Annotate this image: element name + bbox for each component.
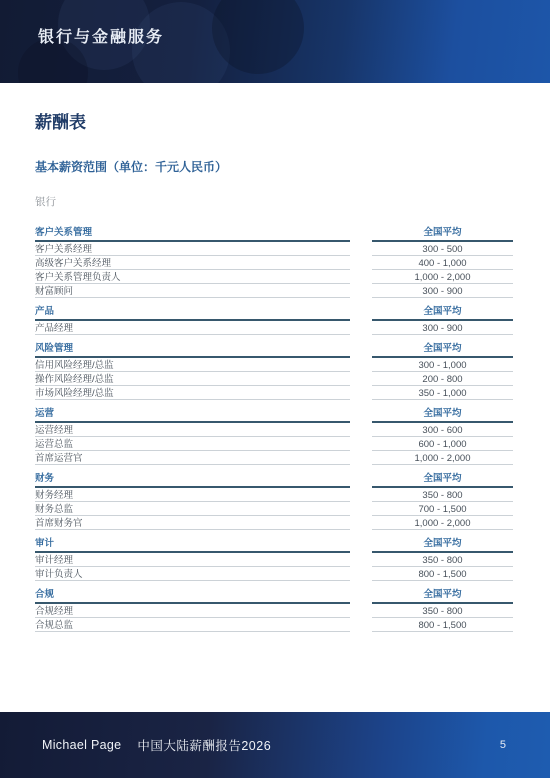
range-cell: 600 - 1,000 [372,437,513,451]
salary-section: 运营 全国平均 运营经理 300 - 600 运营总监 600 - 1,000 … [35,408,513,465]
table-row: 信用风险经理/总监 300 - 1,000 [35,358,513,372]
table-row: 首席财务官 1,000 - 2,000 [35,516,513,530]
salary-section: 审计 全国平均 审计经理 350 - 800 审计负责人 800 - 1,500 [35,538,513,581]
salary-section: 合规 全国平均 合规经理 350 - 800 合规总监 800 - 1,500 [35,589,513,632]
table-row: 合规经理 350 - 800 [35,604,513,618]
table-row: 市场风险经理/总监 350 - 1,000 [35,386,513,400]
range-cell: 300 - 900 [372,321,513,335]
bottom-banner: Michael Page 中国大陆薪酬报告2026 5 [0,712,550,778]
section-header-row: 产品 全国平均 [35,306,513,321]
role-cell: 审计经理 [35,553,350,567]
range-cell: 300 - 900 [372,284,513,298]
role-cell: 市场风险经理/总监 [35,386,350,400]
section-header-row: 财务 全国平均 [35,473,513,488]
role-cell: 审计负责人 [35,567,350,581]
table-row: 首席运营官 1,000 - 2,000 [35,451,513,465]
range-cell: 350 - 800 [372,488,513,502]
range-cell: 1,000 - 2,000 [372,270,513,284]
role-cell: 操作风险经理/总监 [35,372,350,386]
range-cell: 350 - 1,000 [372,386,513,400]
top-banner: 银行与金融服务 [0,0,550,83]
national-average-label: 全国平均 [372,538,513,553]
role-cell: 财务经理 [35,488,350,502]
range-cell: 400 - 1,000 [372,256,513,270]
section-header-row: 客户关系管理 全国平均 [35,227,513,242]
role-cell: 首席运营官 [35,451,350,465]
national-average-label: 全国平均 [372,343,513,358]
range-cell: 700 - 1,500 [372,502,513,516]
range-cell: 350 - 800 [372,553,513,567]
salary-section: 客户关系管理 全国平均 客户关系经理 300 - 500 高级客户关系经理 40… [35,227,513,298]
section-title: 运营 [35,408,350,423]
table-row: 运营总监 600 - 1,000 [35,437,513,451]
section-rows: 产品经理 300 - 900 [35,321,513,335]
table-row: 审计负责人 800 - 1,500 [35,567,513,581]
section-rows: 运营经理 300 - 600 运营总监 600 - 1,000 首席运营官 1,… [35,423,513,465]
role-cell: 客户关系管理负责人 [35,270,350,284]
national-average-label: 全国平均 [372,473,513,488]
table-row: 财务经理 350 - 800 [35,488,513,502]
section-title: 审计 [35,538,350,553]
category-label: 银行 [35,196,513,208]
role-cell: 合规总监 [35,618,350,632]
section-header-row: 风险管理 全国平均 [35,343,513,358]
section-header-row: 合规 全国平均 [35,589,513,604]
page-body: 薪酬表 基本薪资范围（单位：千元人民币） 银行 客户关系管理 全国平均 客户关系… [35,83,513,640]
range-cell: 800 - 1,500 [372,618,513,632]
range-cell: 1,000 - 2,000 [372,451,513,465]
table-row: 客户关系管理负责人 1,000 - 2,000 [35,270,513,284]
salary-range-subtitle: 基本薪资范围（单位：千元人民币） [35,160,513,174]
role-cell: 信用风险经理/总监 [35,358,350,372]
table-row: 财富顾问 300 - 900 [35,284,513,298]
role-cell: 客户关系经理 [35,242,350,256]
range-cell: 300 - 600 [372,423,513,437]
chapter-title: 银行与金融服务 [38,24,164,47]
section-rows: 财务经理 350 - 800 财务总监 700 - 1,500 首席财务官 1,… [35,488,513,530]
section-title: 客户关系管理 [35,227,350,242]
national-average-label: 全国平均 [372,306,513,321]
brand-name: Michael Page [42,738,121,752]
role-cell: 运营经理 [35,423,350,437]
range-cell: 800 - 1,500 [372,567,513,581]
national-average-label: 全国平均 [372,408,513,423]
range-cell: 300 - 500 [372,242,513,256]
section-title: 产品 [35,306,350,321]
national-average-label: 全国平均 [372,589,513,604]
table-row: 高级客户关系经理 400 - 1,000 [35,256,513,270]
section-rows: 客户关系经理 300 - 500 高级客户关系经理 400 - 1,000 客户… [35,242,513,298]
role-cell: 财富顾问 [35,284,350,298]
footer-content: Michael Page 中国大陆薪酬报告2026 5 [0,736,550,754]
salary-sections: 客户关系管理 全国平均 客户关系经理 300 - 500 高级客户关系经理 40… [35,227,513,632]
table-row: 审计经理 350 - 800 [35,553,513,567]
salary-section: 财务 全国平均 财务经理 350 - 800 财务总监 700 - 1,500 … [35,473,513,530]
national-average-label: 全国平均 [372,227,513,242]
range-cell: 200 - 800 [372,372,513,386]
role-cell: 首席财务官 [35,516,350,530]
page-title: 薪酬表 [35,113,513,133]
table-row: 客户关系经理 300 - 500 [35,242,513,256]
range-cell: 350 - 800 [372,604,513,618]
table-row: 操作风险经理/总监 200 - 800 [35,372,513,386]
table-row: 产品经理 300 - 900 [35,321,513,335]
range-cell: 300 - 1,000 [372,358,513,372]
section-header-row: 运营 全国平均 [35,408,513,423]
salary-section: 产品 全国平均 产品经理 300 - 900 [35,306,513,335]
section-rows: 信用风险经理/总监 300 - 1,000 操作风险经理/总监 200 - 80… [35,358,513,400]
section-title: 合规 [35,589,350,604]
table-row: 合规总监 800 - 1,500 [35,618,513,632]
page-number: 5 [500,739,506,751]
section-rows: 合规经理 350 - 800 合规总监 800 - 1,500 [35,604,513,632]
table-row: 运营经理 300 - 600 [35,423,513,437]
range-cell: 1,000 - 2,000 [372,516,513,530]
section-rows: 审计经理 350 - 800 审计负责人 800 - 1,500 [35,553,513,581]
role-cell: 运营总监 [35,437,350,451]
report-title: 中国大陆薪酬报告2026 [137,736,271,754]
role-cell: 产品经理 [35,321,350,335]
table-row: 财务总监 700 - 1,500 [35,502,513,516]
section-title: 风险管理 [35,343,350,358]
role-cell: 合规经理 [35,604,350,618]
role-cell: 高级客户关系经理 [35,256,350,270]
section-title: 财务 [35,473,350,488]
section-header-row: 审计 全国平均 [35,538,513,553]
role-cell: 财务总监 [35,502,350,516]
salary-section: 风险管理 全国平均 信用风险经理/总监 300 - 1,000 操作风险经理/总… [35,343,513,400]
